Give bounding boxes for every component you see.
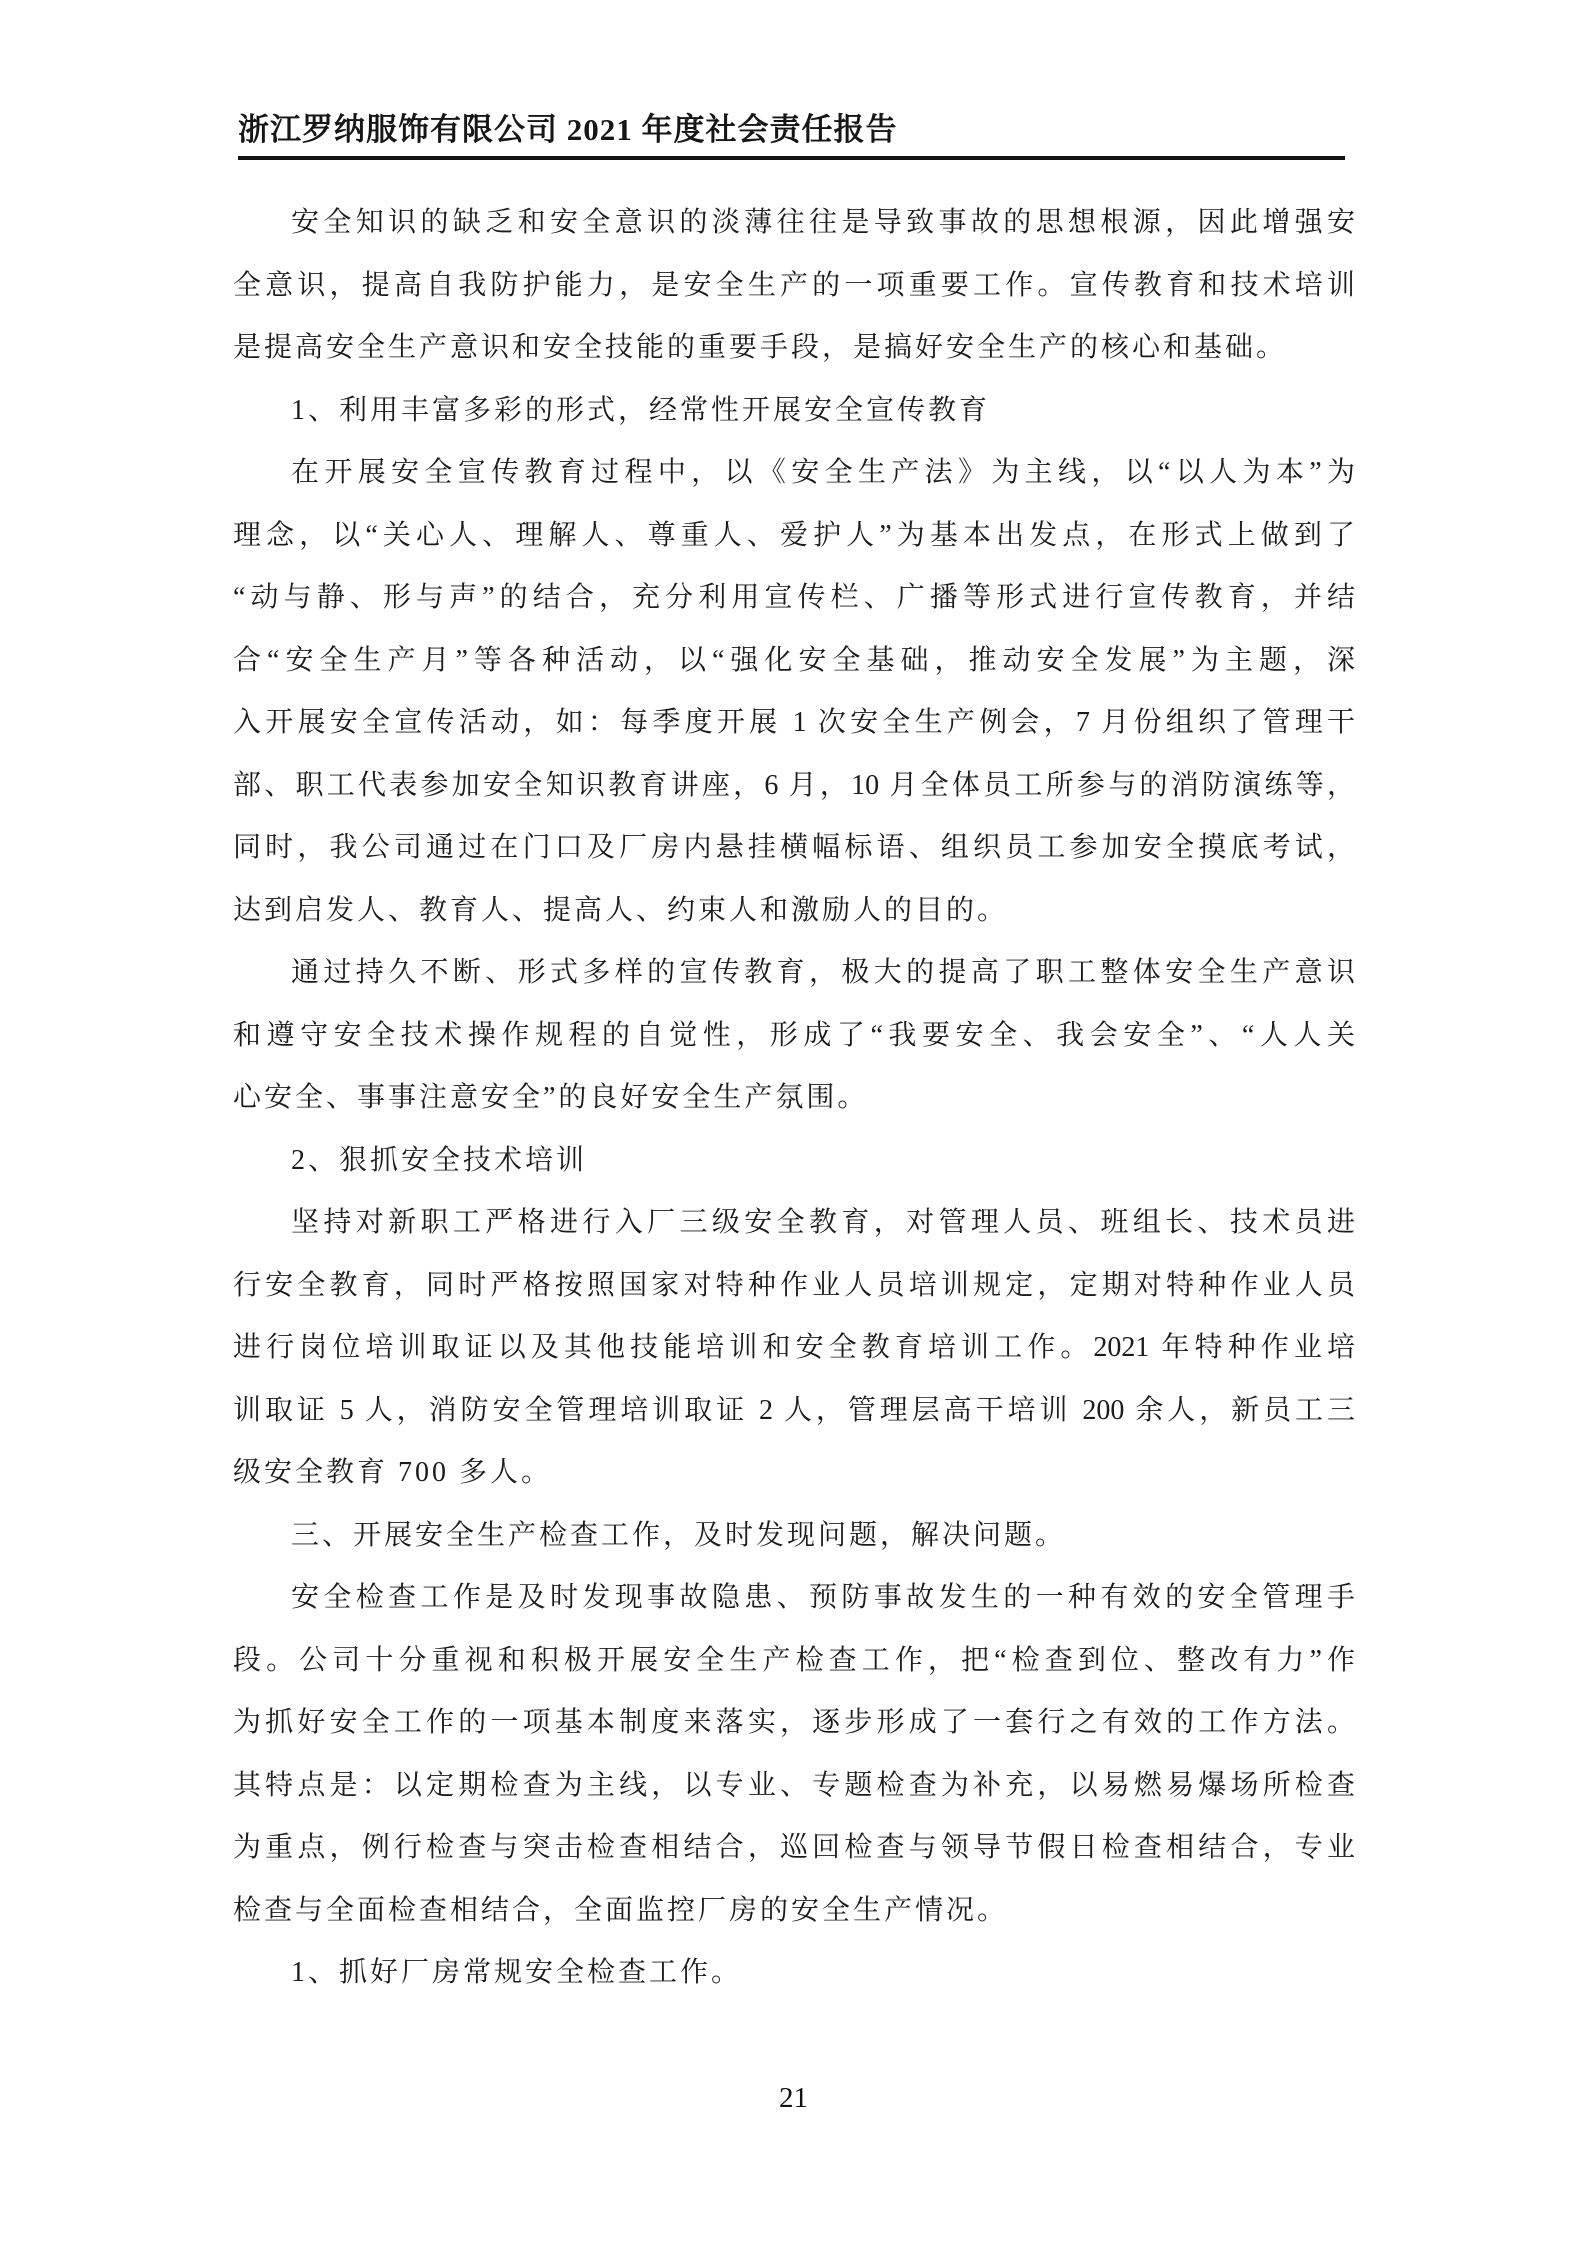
page-number: 21: [0, 2080, 1587, 2116]
body-text: 安全知识的缺乏和安全意识的淡薄往往是导致事故的思想根源，因此增强安全意识，提高自…: [233, 192, 1355, 2005]
text-line: 1、抓好厂房常规安全检查工作。: [233, 1942, 1355, 2005]
text-line: 和遵守安全技术操作规程的自觉性，形成了“我要安全、我会安全”、“人人关: [233, 1005, 1355, 1068]
report-page: { "header": { "title": "浙江罗纳服饰有限公司 2021 …: [0, 0, 1587, 2245]
text-line: 1、利用丰富多彩的形式，经常性开展安全宣传教育: [233, 380, 1355, 443]
text-line: 段。公司十分重视和积极开展安全生产检查工作，把“检查到位、整改有力”作: [233, 1630, 1355, 1693]
text-line: 其特点是：以定期检查为主线，以专业、专题检查为补充，以易燃易爆场所检查: [233, 1755, 1355, 1818]
text-line: 2、狠抓安全技术培训: [233, 1130, 1355, 1193]
text-line: 部、职工代表参加安全知识教育讲座，6 月，10 月全体员工所参与的消防演练等，: [233, 755, 1355, 818]
text-line: “动与静、形与声”的结合，充分利用宣传栏、广播等形式进行宣传教育，并结: [233, 567, 1355, 630]
text-line: 进行岗位培训取证以及其他技能培训和安全教育培训工作。2021 年特种作业培: [233, 1317, 1355, 1380]
text-line: 安全知识的缺乏和安全意识的淡薄往往是导致事故的思想根源，因此增强安: [233, 192, 1355, 255]
text-line: 通过持久不断、形式多样的宣传教育，极大的提高了职工整体安全生产意识: [233, 942, 1355, 1005]
text-line: 安全检查工作是及时发现事故隐患、预防事故发生的一种有效的安全管理手: [233, 1567, 1355, 1630]
document-page: 浙江罗纳服饰有限公司 2021 年度社会责任报告 安全知识的缺乏和安全意识的淡薄…: [0, 0, 1587, 2245]
text-line: 理念，以“关心人、理解人、尊重人、爱护人”为基本出发点，在形式上做到了: [233, 505, 1355, 568]
text-line: 为抓好安全工作的一项基本制度来落实，逐步形成了一套行之有效的工作方法。: [233, 1692, 1355, 1755]
text-line: 入开展安全宣传活动，如：每季度开展 1 次安全生产例会，7 月份组织了管理干: [233, 692, 1355, 755]
text-line: 全意识，提高自我防护能力，是安全生产的一项重要工作。宣传教育和技术培训: [233, 255, 1355, 318]
text-line: 合“安全生产月”等各种活动，以“强化安全基础，推动安全发展”为主题，深: [233, 630, 1355, 693]
text-line: 检查与全面检查相结合，全面监控厂房的安全生产情况。: [233, 1880, 1355, 1943]
text-line: 坚持对新职工严格进行入厂三级安全教育，对管理人员、班组长、技术员进: [233, 1192, 1355, 1255]
text-line: 达到启发人、教育人、提高人、约束人和激励人的目的。: [233, 880, 1355, 943]
text-line: 行安全教育，同时严格按照国家对特种作业人员培训规定，定期对特种作业人员: [233, 1255, 1355, 1318]
text-line: 级安全教育 700 多人。: [233, 1442, 1355, 1505]
text-line: 是提高安全生产意识和安全技能的重要手段，是搞好安全生产的核心和基础。: [233, 317, 1355, 380]
page-header-title: 浙江罗纳服饰有限公司 2021 年度社会责任报告: [238, 110, 1348, 150]
text-line: 心安全、事事注意安全”的良好安全生产氛围。: [233, 1067, 1355, 1130]
text-line: 为重点，例行检查与突击检查相结合，巡回检查与领导节假日检查相结合，专业: [233, 1817, 1355, 1880]
text-line: 训取证 5 人，消防安全管理培训取证 2 人，管理层高干培训 200 余人，新员…: [233, 1380, 1355, 1443]
text-line: 同时，我公司通过在门口及厂房内悬挂横幅标语、组织员工参加安全摸底考试，: [233, 817, 1355, 880]
text-line: 在开展安全宣传教育过程中，以《安全生产法》为主线，以“以人为本”为: [233, 442, 1355, 505]
header-divider: [238, 156, 1345, 160]
text-line: 三、开展安全生产检查工作，及时发现问题，解决问题。: [233, 1505, 1355, 1568]
